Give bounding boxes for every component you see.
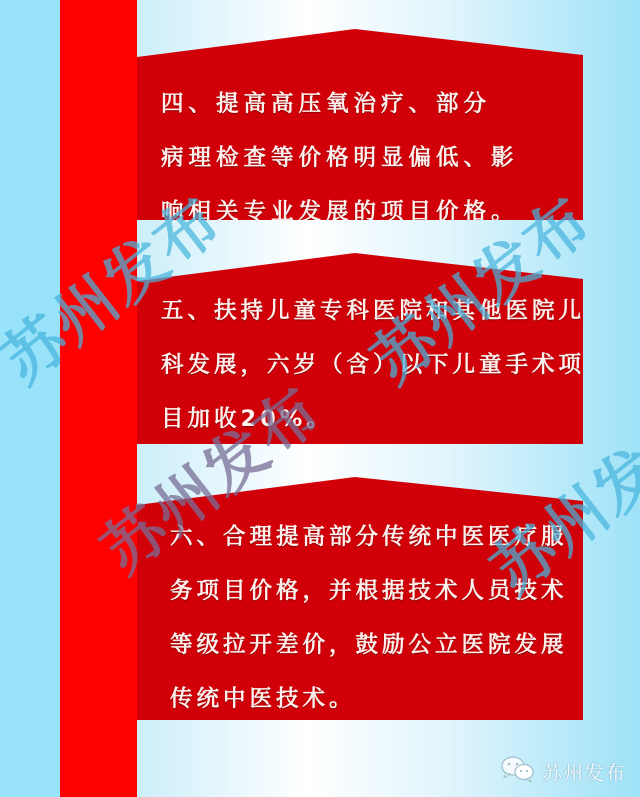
info-panel-6: 六、合理提高部分传统中医医疗服 务项目价格，并根据技术人员技术 等级拉开差价，鼓…: [137, 477, 583, 720]
panel-6-text: 六、合理提高部分传统中医医疗服 务项目价格，并根据技术人员技术 等级拉开差价，鼓…: [170, 510, 573, 726]
info-panel-5: 五、扶持儿童专科医院和其他医院儿 科发展，六岁（含）以下儿童手术项 目加收20%…: [137, 253, 583, 444]
text-line: 病理检查等价格明显偏低、影: [161, 131, 573, 185]
panel-5-text: 五、扶持儿童专科医院和其他医院儿 科发展，六岁（含）以下儿童手术项 目加收20%…: [161, 284, 573, 446]
text-line: 务项目价格，并根据技术人员技术: [170, 564, 573, 618]
text-line: 传统中医技术。: [170, 672, 573, 726]
left-blue-band: [0, 0, 60, 797]
text-line: 等级拉开差价，鼓励公立医院发展: [170, 618, 573, 672]
brand-name: 苏州发布: [542, 757, 626, 786]
text-line: 科发展，六岁（含）以下儿童手术项: [161, 338, 573, 392]
text-line: 目加收20%。: [161, 392, 573, 446]
panel-4-text: 四、提高高压氧治疗、部分 病理检查等价格明显偏低、影 响相关专业发展的项目价格。: [161, 77, 573, 239]
text-line: 响相关专业发展的项目价格。: [161, 185, 573, 239]
info-panel-4: 四、提高高压氧治疗、部分 病理检查等价格明显偏低、影 响相关专业发展的项目价格。: [137, 29, 583, 220]
wechat-icon: [500, 755, 536, 787]
footer-brand: 苏州发布: [500, 755, 626, 787]
text-line: 四、提高高压氧治疗、部分: [161, 77, 573, 131]
text-line: 六、合理提高部分传统中医医疗服: [170, 510, 573, 564]
left-red-stripe: [60, 0, 137, 797]
text-line: 五、扶持儿童专科医院和其他医院儿: [161, 284, 573, 338]
